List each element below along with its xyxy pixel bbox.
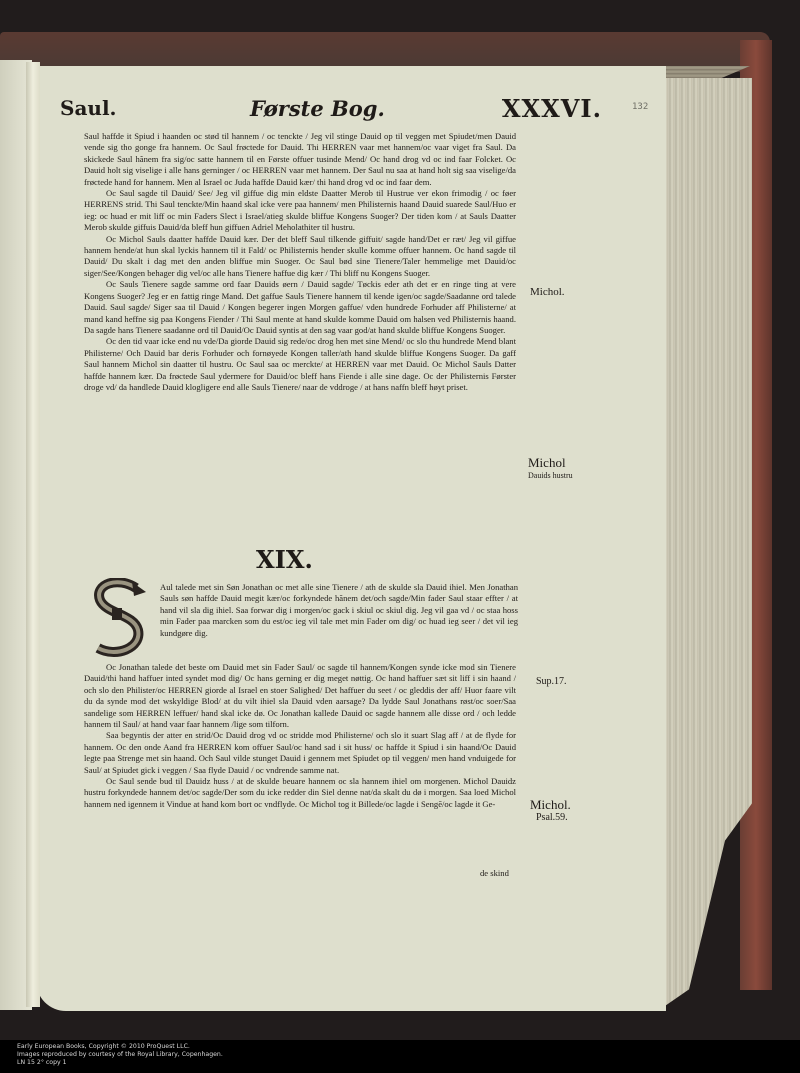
paragraph: Oc Sauls Tienere sagde samme ord faar Da… [84, 279, 516, 336]
book-scan: Saul. Første Bog. XXXVI. 132 Saul haffde… [0, 0, 800, 1040]
decorated-drop-cap [88, 578, 150, 658]
chapter-heading: XIX. [256, 545, 313, 574]
paragraph: Saa begyntis der atter en strid/Oc Dauid… [84, 730, 516, 776]
drop-cap-paragraph: Aul talede met sin Søn Jonathan oc met a… [160, 582, 518, 639]
paragraph: Oc Jonathan talede det beste om Dauid me… [84, 662, 516, 730]
footer-line-2: Images reproduced by courtesy of the Roy… [17, 1051, 223, 1059]
marginal-note: Michol. [530, 797, 571, 813]
text-block-top: Saul haffde it Spiud i haanden oc stød t… [84, 131, 516, 393]
running-head: Saul. Første Bog. XXXVI. [60, 96, 570, 126]
text-block-bottom: Oc Jonathan talede det beste om Dauid me… [84, 662, 516, 810]
catchword: de skind [480, 868, 509, 878]
drop-cap-s-icon [88, 578, 150, 658]
paragraph: Oc Michol Sauls daatter haffde Dauid kær… [84, 234, 516, 280]
running-head-title: Første Bog. [250, 96, 385, 121]
gutter [26, 62, 40, 1007]
paragraph: Oc Saul sende bud til Dauidz huss / at d… [84, 776, 516, 810]
footer-line-3: LN 15 2° copy 1 [17, 1059, 67, 1067]
paragraph: Oc Saul sagde til Dauid/ See/ Jeg vil gi… [84, 188, 516, 234]
running-head-chapter: XXXVI. [502, 94, 602, 123]
pencil-folio-number: 132 [632, 102, 648, 112]
marginal-note: Sup.17. [536, 676, 567, 687]
paragraph: Saul haffde it Spiud i haanden oc stød t… [84, 131, 516, 188]
page-fore-edge [662, 78, 752, 1008]
marginal-note: Dauids hustru [528, 471, 573, 480]
copyright-footer: Early European Books, Copyright © 2010 P… [0, 1040, 800, 1073]
marginal-note: Michol. [530, 286, 565, 298]
marginal-note: Psal.59. [536, 812, 568, 823]
marginal-note: Michol [528, 455, 566, 471]
footer-line-1: Early European Books, Copyright © 2010 P… [17, 1043, 190, 1051]
running-head-left: Saul. [60, 96, 117, 120]
paragraph: Oc den tid vaar icke end nu vde/Da giord… [84, 336, 516, 393]
